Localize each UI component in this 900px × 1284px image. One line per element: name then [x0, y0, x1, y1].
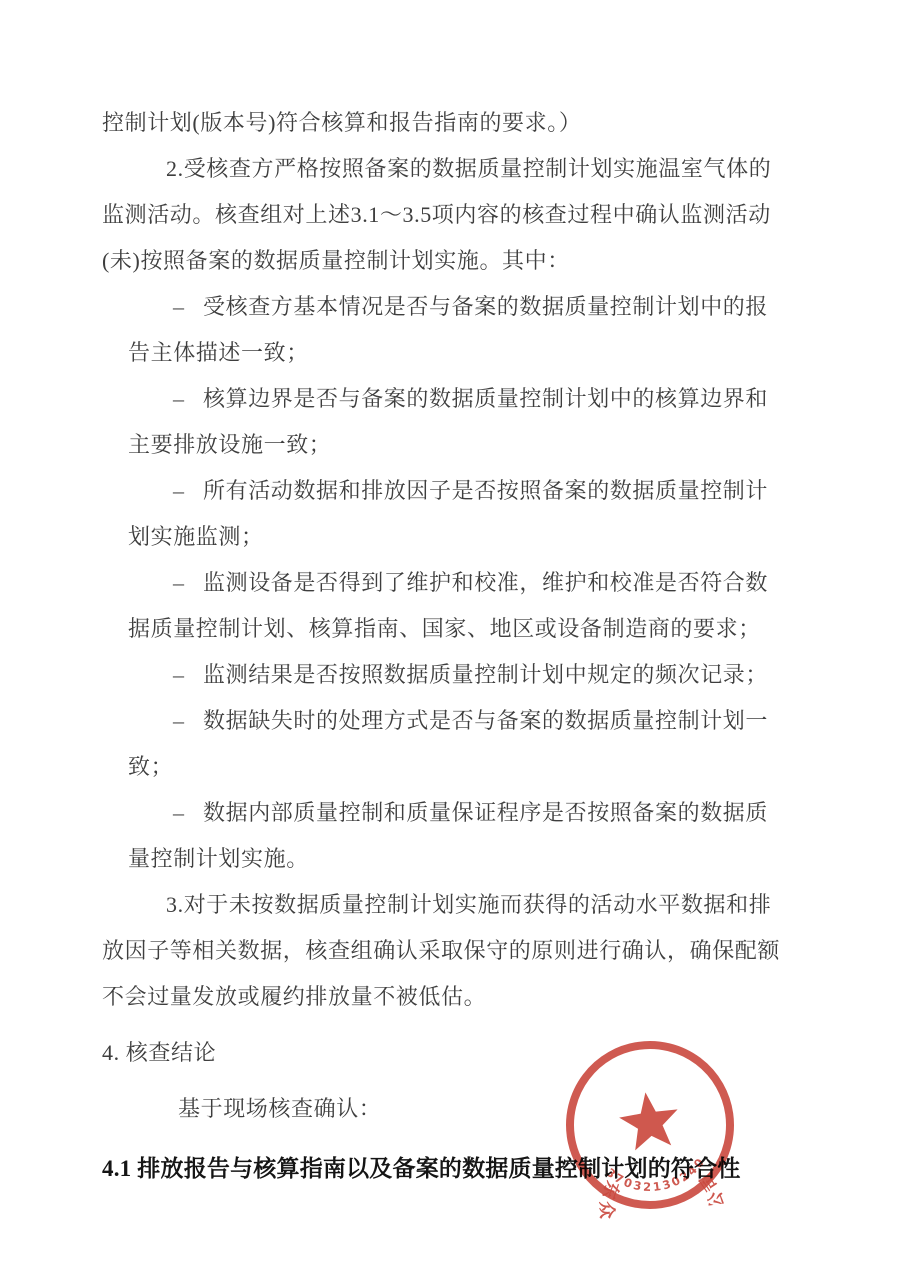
- document-page: 控制计划(版本号)符合核算和报告指南的要求。） 2.受核查方严格按照备案的数据质…: [0, 0, 900, 1284]
- list-item-text: 核算边界是否与备案的数据质量控制计划中的核算边界和: [203, 386, 768, 411]
- list-item-text: 所有活动数据和排放因子是否按照备案的数据质量控制计: [203, 478, 768, 503]
- list-dash-marker: –: [173, 652, 203, 698]
- list-item-text: 受核查方基本情况是否与备案的数据质量控制计划中的报: [203, 294, 768, 319]
- text-line: 监测活动。核查组对上述3.1～3.5项内容的核查过程中确认监测活动: [102, 192, 774, 238]
- document-text-block: 控制计划(版本号)符合核算和报告指南的要求。） 2.受核查方严格按照备案的数据质…: [102, 100, 774, 1192]
- subsection-heading: 4.1 排放报告与核算指南以及备案的数据质量控制计划的符合性: [102, 1146, 774, 1192]
- text-line: 不会过量发放或履约排放量不被低估。: [102, 974, 774, 1020]
- list-dash-marker: –: [173, 790, 203, 836]
- list-dash-marker: –: [173, 468, 203, 514]
- list-item-line: –监测设备是否得到了维护和校准，维护和校准是否符合数: [102, 560, 774, 606]
- text-line: 量控制计划实施。: [102, 836, 774, 882]
- text-line: 控制计划(版本号)符合核算和报告指南的要求。）: [102, 100, 774, 146]
- text-line: 致；: [102, 744, 774, 790]
- list-item-text: 数据内部质量控制和质量保证程序是否按照备案的数据质: [203, 800, 768, 825]
- list-dash-marker: –: [173, 376, 203, 422]
- list-item-line: –核算边界是否与备案的数据质量控制计划中的核算边界和: [102, 376, 774, 422]
- list-item-line: –受核查方基本情况是否与备案的数据质量控制计划中的报: [102, 284, 774, 330]
- list-item-line: –所有活动数据和排放因子是否按照备案的数据质量控制计: [102, 468, 774, 514]
- text-line: 3.对于未按数据质量控制计划实施而获得的活动水平数据和排: [102, 882, 774, 928]
- section-heading: 4. 核查结论: [102, 1030, 774, 1076]
- list-dash-marker: –: [173, 284, 203, 330]
- text-line: 2.受核查方严格按照备案的数据质量控制计划实施温室气体的: [102, 146, 774, 192]
- text-line: 据质量控制计划、核算指南、国家、地区或设备制造商的要求；: [102, 606, 774, 652]
- list-item-text: 数据缺失时的处理方式是否与备案的数据质量控制计划一: [203, 708, 768, 733]
- list-item-text: 监测结果是否按照数据质量控制计划中规定的频次记录；: [203, 662, 768, 687]
- list-item-line: –数据缺失时的处理方式是否与备案的数据质量控制计划一: [102, 698, 774, 744]
- list-dash-marker: –: [173, 698, 203, 744]
- list-item-text: 监测设备是否得到了维护和校准，维护和校准是否符合数: [203, 570, 768, 595]
- text-line: 主要排放设施一致；: [102, 422, 774, 468]
- list-dash-marker: –: [173, 560, 203, 606]
- text-line: 放因子等相关数据，核查组确认采取保守的原则进行确认，确保配额: [102, 928, 774, 974]
- text-line: 基于现场核查确认：: [102, 1086, 774, 1132]
- text-line: 划实施监测；: [102, 514, 774, 560]
- text-line: 告主体描述一致；: [102, 330, 774, 376]
- list-item-line: –数据内部质量控制和质量保证程序是否按照备案的数据质: [102, 790, 774, 836]
- list-item-line: –监测结果是否按照数据质量控制计划中规定的频次记录；: [102, 652, 774, 698]
- text-line: (未)按照备案的数据质量控制计划实施。其中：: [102, 238, 774, 284]
